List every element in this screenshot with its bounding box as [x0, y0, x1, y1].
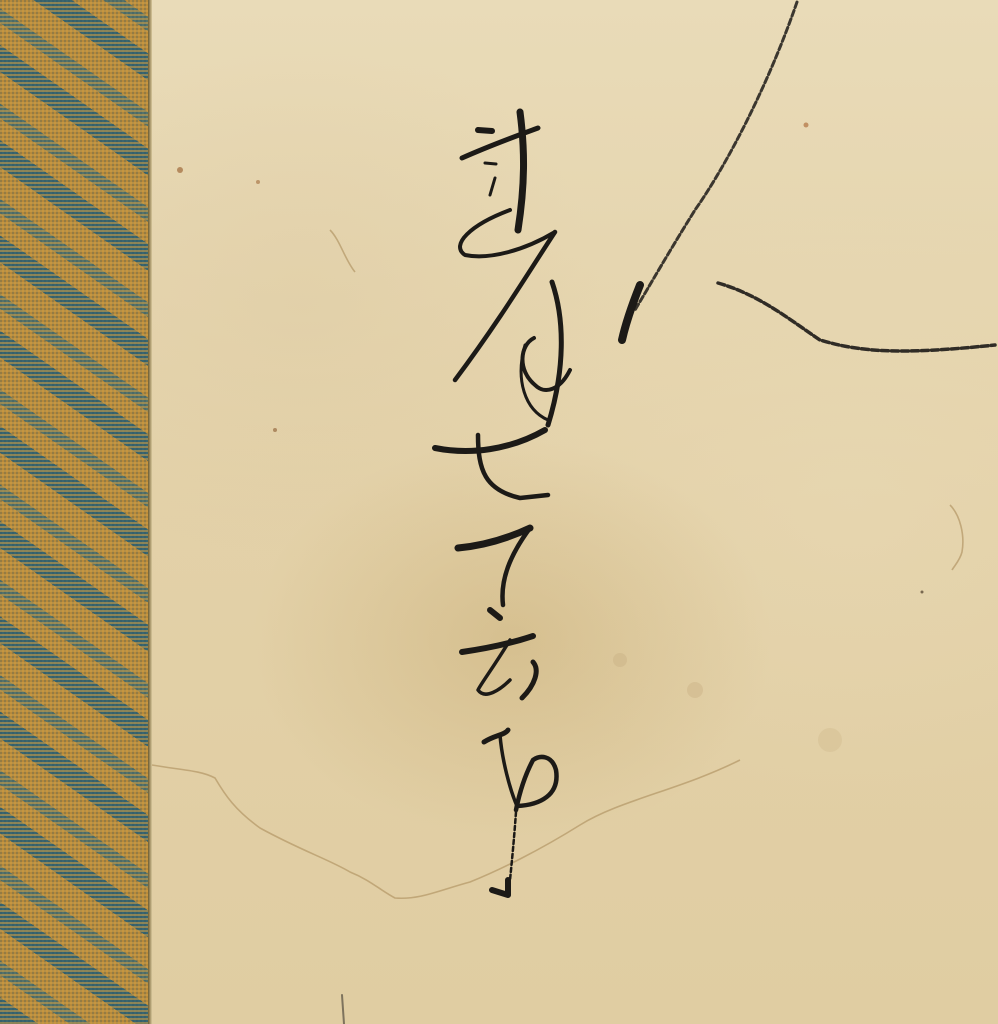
- calligraphy-ink: [0, 0, 998, 1024]
- calligraphy-column: [342, 112, 570, 1024]
- sweeping-brush-strokes: [622, 2, 995, 351]
- paper-creases: [152, 230, 963, 898]
- paper-stains: [177, 123, 924, 753]
